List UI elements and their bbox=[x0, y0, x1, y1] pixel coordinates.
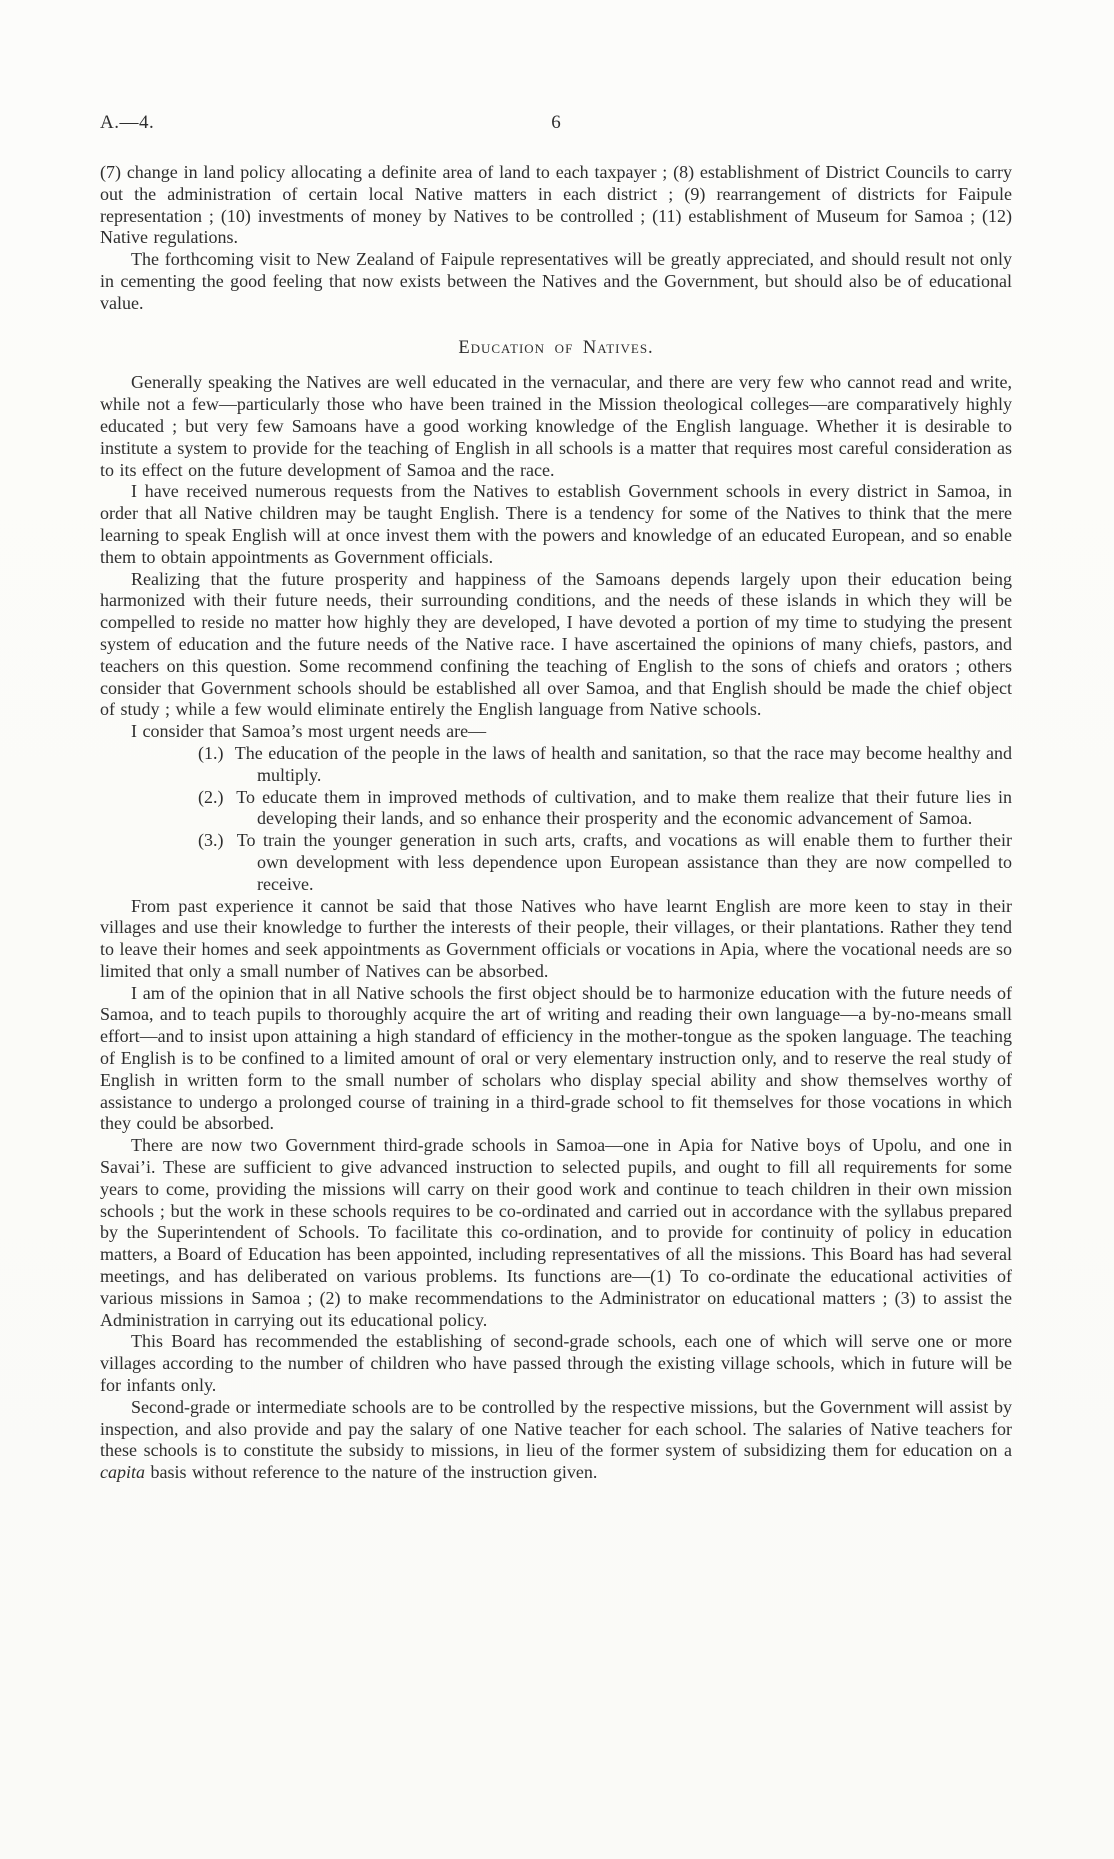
page-header: A.—4. 6 bbox=[100, 112, 1012, 138]
document-page: A.—4. 6 (7) change in land policy alloca… bbox=[0, 0, 1114, 1859]
paragraph-forthcoming-visit: The forthcoming visit to New Zealand of … bbox=[100, 249, 1012, 314]
list-item: (2.) To educate them in improved methods… bbox=[198, 787, 1012, 831]
section-heading: Education of Natives. bbox=[100, 338, 1012, 360]
list-item-text: To train the younger generation in such … bbox=[237, 830, 1012, 894]
list-item: (1.) The education of the people in the … bbox=[198, 743, 1012, 787]
paragraph-final: Second-grade or intermediate schools are… bbox=[100, 1397, 1012, 1484]
list-item-marker: (2.) bbox=[198, 787, 224, 807]
paragraph: There are now two Government third-grade… bbox=[100, 1135, 1012, 1331]
paragraph: Generally speaking the Natives are well … bbox=[100, 372, 1012, 481]
page-number: 6 bbox=[100, 112, 1012, 134]
latin-term-italic: capita bbox=[100, 1462, 145, 1482]
list-item-marker: (1.) bbox=[198, 743, 224, 763]
final-paragraph-before: Second-grade or intermediate schools are… bbox=[100, 1397, 1012, 1461]
needs-list: (1.) The education of the people in the … bbox=[100, 743, 1012, 896]
paragraph: This Board has recommended the establish… bbox=[100, 1331, 1012, 1396]
paragraph: Realizing that the future prosperity and… bbox=[100, 569, 1012, 722]
list-item-text: The education of the people in the laws … bbox=[235, 743, 1012, 785]
final-paragraph-after: basis without reference to the nature of… bbox=[145, 1462, 597, 1482]
list-item-text: To educate them in improved methods of c… bbox=[236, 787, 1012, 829]
paragraph: I am of the opinion that in all Native s… bbox=[100, 983, 1012, 1136]
paragraph-continuation: (7) change in land policy allocating a d… bbox=[100, 162, 1012, 249]
paragraph: From past experience it cannot be said t… bbox=[100, 896, 1012, 983]
list-item: (3.) To train the younger generation in … bbox=[198, 830, 1012, 895]
needs-intro: I consider that Samoa’s most urgent need… bbox=[100, 721, 1012, 743]
paragraph: I have received numerous requests from t… bbox=[100, 481, 1012, 568]
document-body: (7) change in land policy allocating a d… bbox=[100, 162, 1012, 1484]
list-item-marker: (3.) bbox=[198, 830, 224, 850]
